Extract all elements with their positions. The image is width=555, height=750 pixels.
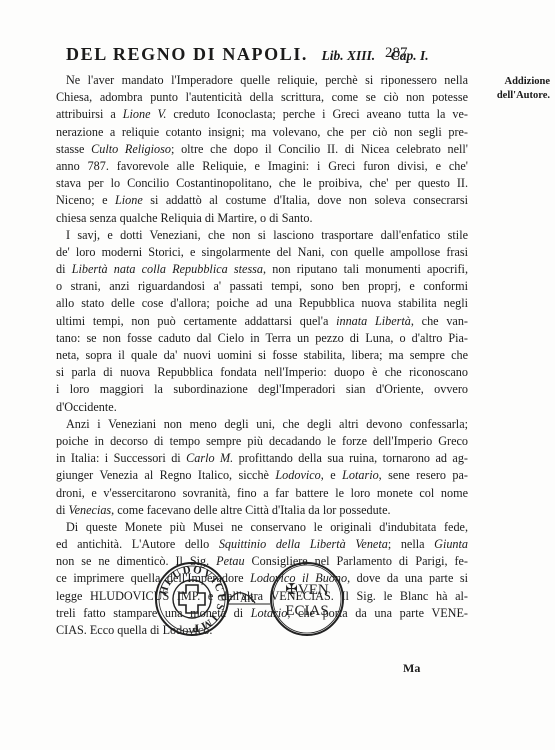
text-line: chiesa senza qualche Reliquia di Martire… <box>56 210 468 227</box>
text-line: stava per lo Concilio Costantinopolitano… <box>56 175 468 192</box>
text-line: droni, e v'essercitarono sovranità, fino… <box>56 485 468 502</box>
svg-text:✠VEN: ✠VEN <box>285 582 329 598</box>
text-line: Ne l'aver mandato l'Imperadore quelle re… <box>56 72 468 89</box>
book-page: DEL REGNO DI NAPOLI. Lib. XIII. Cap. I. … <box>0 0 555 750</box>
body-text: Ne l'aver mandato l'Imperadore quelle re… <box>56 72 468 639</box>
text-line: in Italia: i Successori di Carlo M. prof… <box>56 450 468 467</box>
svg-text:HLUDOVICUS IMP: HLUDOVICUS IMP <box>157 564 227 635</box>
margin-note: Addizione dell'Autore. <box>474 75 550 103</box>
text-line: di Libertà nata colla Repubblica stessa,… <box>56 261 468 278</box>
page-number: 287 <box>385 45 408 62</box>
text-line: ed antichità. L'Autore dello Squittinio … <box>56 536 468 553</box>
text-line: stasse Culto Religioso; oltre che dopo i… <box>56 141 468 158</box>
obverse-legend: HLUDOVICUS IMP <box>157 564 227 635</box>
header-book: Lib. XIII. <box>322 48 376 63</box>
coin-reverse: ✠VEN ECIAS <box>271 563 343 635</box>
text-line: i loro maggiori la subordinazione degl'I… <box>56 381 468 398</box>
text-line: de' loro moderni Storici, e singolarment… <box>56 244 468 261</box>
text-line: nerazione a reliquie cotanto insigni; ma… <box>56 124 468 141</box>
text-line: anno 787. favorevole alle Reliquie, e Im… <box>56 158 468 175</box>
text-line: Niceno; e Lione si addattò al costume d'… <box>56 192 468 209</box>
text-line: si parla di nuova Repubblica fondata nel… <box>56 364 468 381</box>
coin-connector: AR <box>228 593 270 605</box>
text-line: Di queste Monete più Musei ne conservano… <box>56 519 468 536</box>
text-line: poiche in decorso di tempo sempre più de… <box>56 433 468 450</box>
text-line: giunger Venezia al Regno Italico, sicchè… <box>56 467 468 484</box>
margin-note-line: Addizione <box>474 75 550 89</box>
text-line: Anzi i Veneziani non meno degli uni, che… <box>56 416 468 433</box>
running-header: DEL REGNO DI NAPOLI. Lib. XIII. Cap. I. … <box>66 44 406 68</box>
text-line: neta, sopra il quale da' nuovi uomini si… <box>56 347 468 364</box>
text-line: attribuirsi a Lione V. creduto Iconoclas… <box>56 106 468 123</box>
svg-text:ECIAS: ECIAS <box>285 603 328 619</box>
svg-text:AR: AR <box>240 594 254 605</box>
coin-obverse: HLUDOVICUS IMP <box>156 563 228 635</box>
text-line: tano: se non fosse caduto dal Cielo in T… <box>56 330 468 347</box>
text-line: Chiesa, adombra punto l'autenticità dell… <box>56 89 468 106</box>
text-line: o strani, anzi riguardandosi a' passati … <box>56 278 468 295</box>
text-line: d'Occidente. <box>56 399 468 416</box>
text-line: ultimi tempi, non può certamente addatta… <box>56 313 468 330</box>
text-line: I savj, e dotti Veneziani, che non si la… <box>56 227 468 244</box>
catchword: Ma <box>403 661 420 676</box>
coin-illustration: HLUDOVICUS IMP AR ✠VEN ECIAS <box>150 558 390 640</box>
header-title: DEL REGNO DI NAPOLI. <box>66 44 308 64</box>
text-line: allo stato delle cose d'allora; poiche a… <box>56 295 468 312</box>
text-line: di Venecias, come facevano delle altre C… <box>56 502 468 519</box>
cross-icon <box>179 585 205 613</box>
margin-note-line: dell'Autore. <box>474 89 550 103</box>
